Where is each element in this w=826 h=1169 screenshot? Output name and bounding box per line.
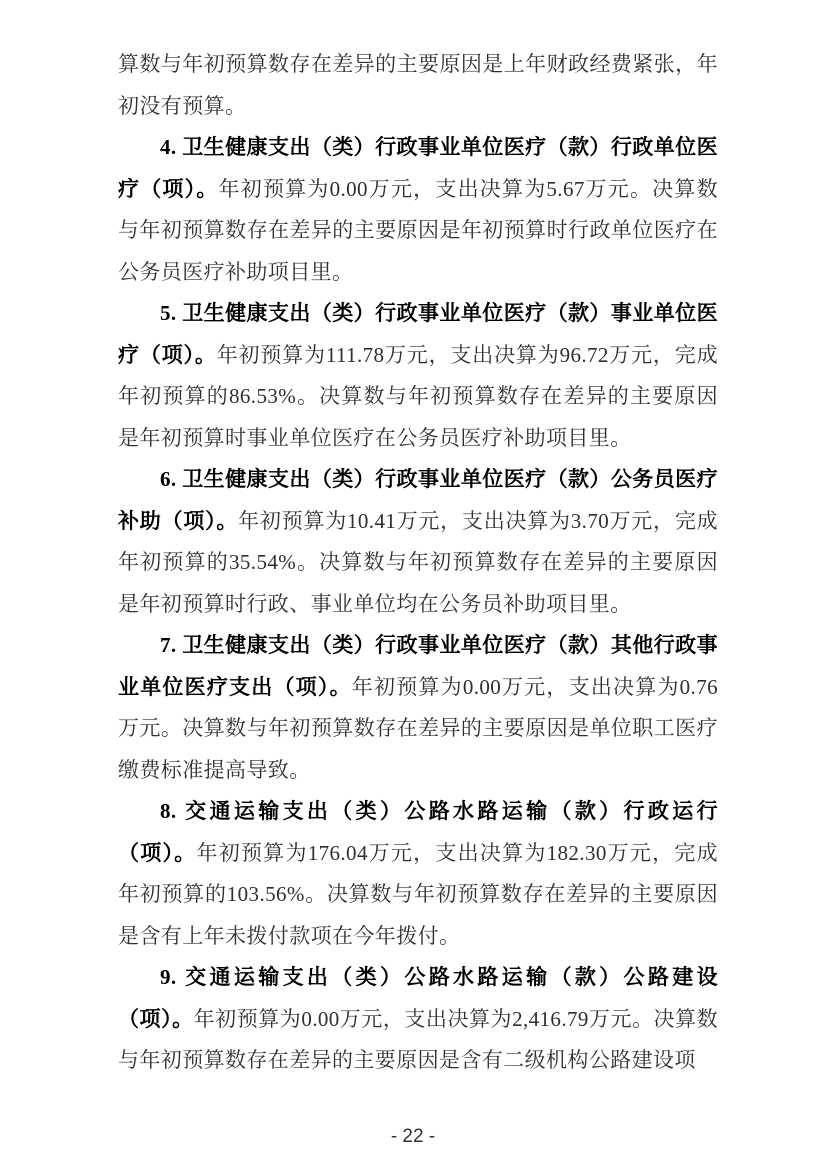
document-body: 算数与年初预算数存在差异的主要原因是上年财政经费紧张，年初没有预算。4. 卫生健… [118, 44, 718, 1082]
paragraph-text: 年初预算为176.04万元，支出决算为182.30万元，完成年初预算的103.5… [118, 841, 718, 948]
item-5: 5. 卫生健康支出（类）行政事业单位医疗（款）事业单位医疗（项）。年初预算为11… [118, 293, 718, 459]
paragraph-text: 算数与年初预算数存在差异的主要原因是上年财政经费紧张，年初没有预算。 [118, 52, 718, 118]
item-7: 7. 卫生健康支出（类）行政事业单位医疗（款）其他行政事业单位医疗支出（项）。年… [118, 625, 718, 791]
item-8: 8. 交通运输支出（类）公路水路运输（款）行政运行（项）。年初预算为176.04… [118, 791, 718, 957]
item-6: 6. 卫生健康支出（类）行政事业单位医疗（款）公务员医疗补助（项）。年初预算为1… [118, 459, 718, 625]
item-9: 9. 交通运输支出（类）公路水路运输（款）公路建设（项）。年初预算为0.00万元… [118, 957, 718, 1082]
page-footer: - 22 - [0, 1126, 826, 1148]
para-continuation: 算数与年初预算数存在差异的主要原因是上年财政经费紧张，年初没有预算。 [118, 44, 718, 127]
item-4: 4. 卫生健康支出（类）行政事业单位医疗（款）行政单位医疗（项）。年初预算为0.… [118, 127, 718, 293]
page-number: - 22 - [391, 1126, 435, 1147]
paragraph-text: 年初预算为0.00万元，支出决算为2,416.79万元。决算数与年初预算数存在差… [118, 1007, 718, 1073]
